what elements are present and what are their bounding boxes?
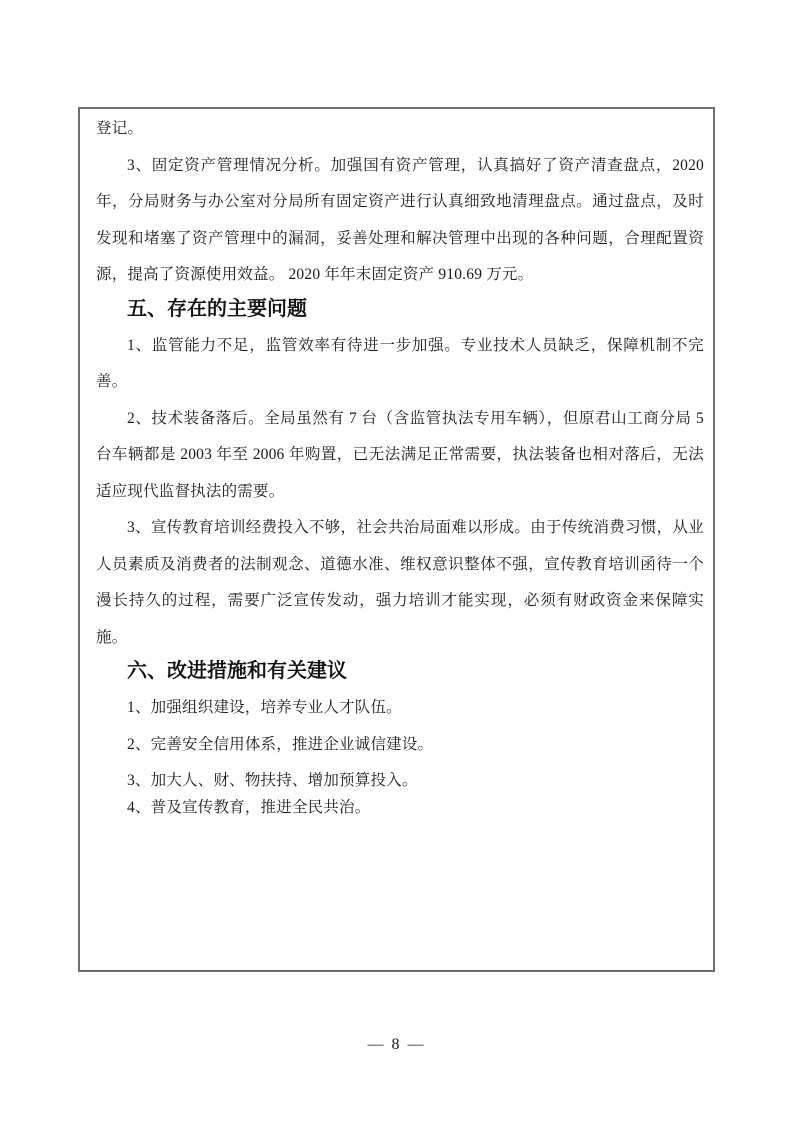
paragraph-problem-2: 2、技术装备落后。全局虽然有 7 台（含监管执法专用车辆），但原君山工商分局 5… <box>96 401 704 511</box>
page-border-frame: 登记。 3、固定资产管理情况分析。加强国有资产管理，认真搞好了资产清查盘点，20… <box>78 107 715 972</box>
paragraph-suggestion-1: 1、加强组织建设，培养专业人才队伍。 <box>96 690 704 727</box>
footer-page-number: — 8 — <box>0 1036 793 1054</box>
paragraph-problem-1: 1、监管能力不足，监管效率有待进一步加强。专业技术人员缺乏，保障机制不完善。 <box>96 328 704 401</box>
paragraph-continuation: 登记。 <box>96 111 704 148</box>
section-heading-main-problems: 五、存在的主要问题 <box>96 294 704 324</box>
page-content: 登记。 3、固定资产管理情况分析。加强国有资产管理，认真搞好了资产清查盘点，20… <box>80 109 713 826</box>
paragraph-suggestion-2: 2、完善安全信用体系，推进企业诚信建设。 <box>96 727 704 764</box>
document-page: 登记。 3、固定资产管理情况分析。加强国有资产管理，认真搞好了资产清查盘点，20… <box>0 0 793 1122</box>
section-heading-improvement-suggestions: 六、改进措施和有关建议 <box>96 656 704 686</box>
paragraph-problem-3: 3、宣传教育培训经费投入不够，社会共治局面难以形成。由于传统消费习惯，从业人员素… <box>96 510 704 656</box>
paragraph-fixed-assets-analysis: 3、固定资产管理情况分析。加强国有资产管理，认真搞好了资产清查盘点，2020 年… <box>96 148 704 294</box>
